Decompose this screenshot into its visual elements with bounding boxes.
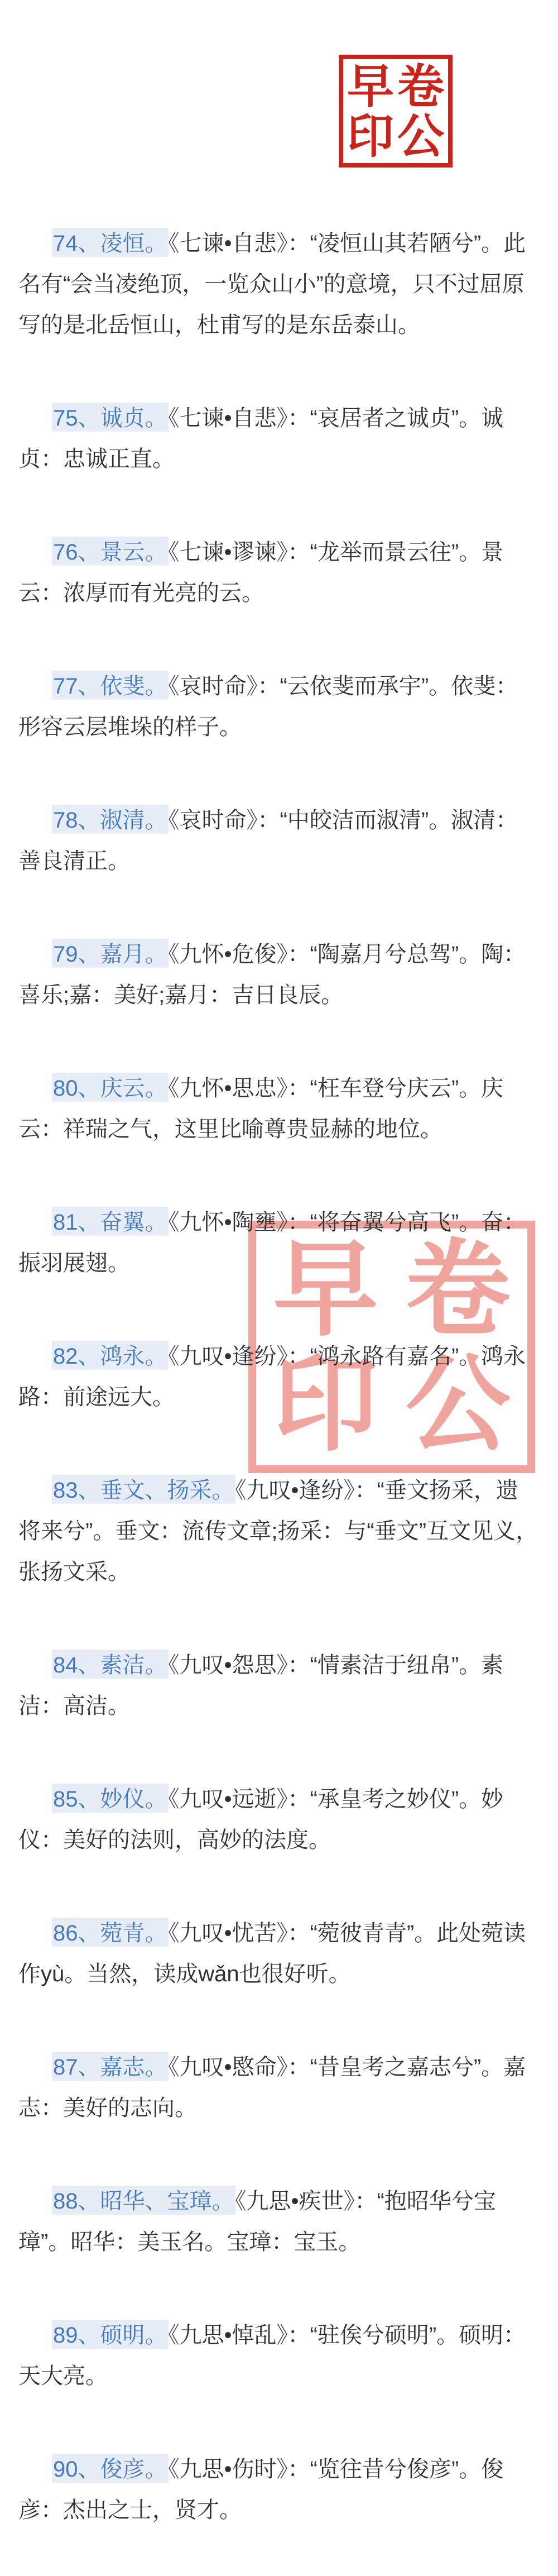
entry-number-and-name: 78、淑清。 (52, 805, 169, 834)
entry-number-and-name: 88、昭华、宝璋。 (52, 2186, 235, 2215)
list-item: 79、嘉月。《九怀•危俊》：“陶嘉月兮总驾”。陶：喜乐;嘉：美好;嘉月：吉日良辰… (18, 934, 538, 1016)
entry-number-and-name: 83、垂文、扬采。 (52, 1475, 235, 1504)
entry-number-and-name: 84、素洁。 (52, 1650, 169, 1679)
entry-number-and-name: 86、菀青。 (52, 1918, 169, 1947)
entry-number-and-name: 87、嘉志。 (52, 2052, 169, 2081)
list-item: 83、垂文、扬采。《九叹•逢纷》：“垂文扬采，遗将来兮”。垂文：流传文章;扬采：… (18, 1470, 538, 1593)
list-item: 82、鸿永。《九叹•逢纷》：“鸿永路有嘉名”。鸿永路：前途远大。 (18, 1336, 538, 1418)
list-item: 76、景云。《七谏•谬谏》：“龙举而景云往”。景云：浓厚而有光亮的云。 (18, 532, 538, 614)
entry-number-and-name: 85、妙仪。 (52, 1784, 169, 1813)
list-item: 84、素洁。《九叹•怨思》：“情素洁于纽帛”。素洁：高洁。 (18, 1645, 538, 1727)
list-item: 85、妙仪。《九叹•远逝》：“承皇考之妙仪”。妙仪：美好的法则，高妙的法度。 (18, 1779, 538, 1861)
entry-number-and-name: 77、依斐。 (52, 671, 169, 700)
list-item: 77、依斐。《哀时命》：“云依斐而承宇”。依斐：形容云层堆垛的样子。 (18, 666, 538, 748)
entry-number-and-name: 80、庆云。 (52, 1073, 169, 1102)
list-item: 75、诚贞。《七谏•自悲》：“哀居者之诚贞”。诚贞：忠诚正直。 (18, 398, 538, 480)
list-item: 89、硕明。《九思•悼乱》：“驻俟兮硕明”。硕明：天大亮。 (18, 2315, 538, 2397)
entry-number-and-name: 79、嘉月。 (52, 939, 169, 968)
entry-number-and-name: 81、奋翼。 (52, 1207, 169, 1236)
list-item: 88、昭华、宝璋。《九思•疾世》：“抱昭华兮宝璋”。昭华：美玉名。宝璋：宝玉。 (18, 2181, 538, 2263)
entry-number-and-name: 74、凌恒。 (52, 228, 169, 257)
list-item: 80、庆云。《九怀•思忠》：“枉车登兮庆云”。庆云：祥瑞之气，这里比喻尊贵显赫的… (18, 1068, 538, 1150)
list-item: 87、嘉志。《九叹•愍命》：“昔皇考之嘉志兮”。嘉志：美好的志向。 (18, 2047, 538, 2129)
list-item: 78、淑清。《哀时命》：“中皎洁而淑清”。淑清：善良清正。 (18, 800, 538, 882)
entry-number-and-name: 89、硕明。 (52, 2320, 169, 2349)
entry-number-and-name: 76、景云。 (52, 537, 169, 566)
list-item: 90、俊彦。《九思•伤时》：“览往昔兮俊彦”。俊彦：杰出之士，贤才。 (18, 2449, 538, 2531)
document-page: 早 卷 印 公 早 卷 印 公 74、凌恒。《七谏•自悲》：“凌恒山其若陋兮”。… (0, 0, 558, 2576)
entry-number-and-name: 90、俊彦。 (52, 2454, 169, 2483)
entry-number-and-name: 75、诚贞。 (52, 403, 169, 432)
list-item: 74、凌恒。《七谏•自悲》：“凌恒山其若陋兮”。此名有“会当凌绝顶，一览众山小”… (18, 223, 538, 346)
list-item: 86、菀青。《九叹•忧苦》：“菀彼青青”。此处菀读作yù。当然，读成wǎn也很好… (18, 1913, 538, 1995)
name-entry-list: 74、凌恒。《七谏•自悲》：“凌恒山其若陋兮”。此名有“会当凌绝顶，一览众山小”… (0, 0, 558, 2531)
entry-number-and-name: 82、鸿永。 (52, 1341, 169, 1370)
list-item: 81、奋翼。《九怀•陶壅》：“将奋翼兮高飞”。奋：振羽展翅。 (18, 1202, 538, 1284)
